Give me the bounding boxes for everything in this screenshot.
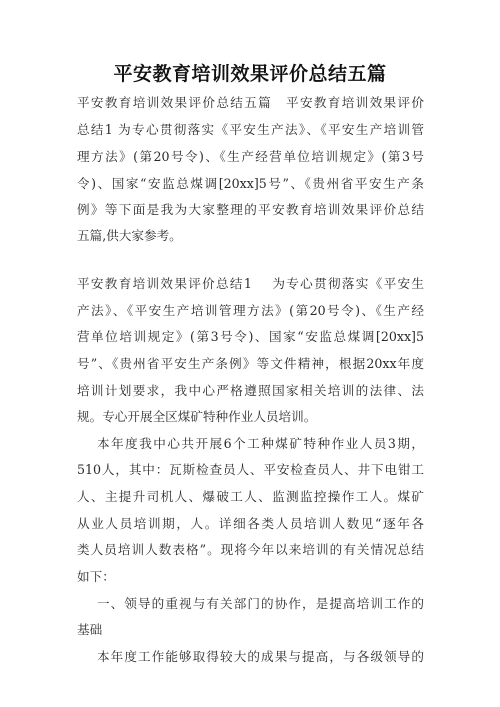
intro-line: 令)、国家“安监总煤调[20xx]5号”、《贵州省平安生产条: [77, 175, 424, 193]
paragraph-line: 人、主提升司机人、爆破工人、监测监控操作工人。煤矿: [77, 488, 424, 506]
intro-line: 平安教育培训效果评价总结五篇 平安教育培训效果评价: [77, 94, 424, 112]
heading-line: 基础: [77, 621, 424, 639]
section1-line: 规。专心开展全区煤矿特种作业人员培训。: [77, 408, 424, 426]
section1-line: 营单位培训规定》(第3号令)、国家“安监总煤调[20xx]5: [77, 328, 424, 346]
paragraph-line: 510人，其中：瓦斯检查员人、平安检查员人、井下电钳工: [77, 461, 424, 479]
section1-line: 号”、《贵州省平安生产条例》等文件精神，根据20xx年度: [77, 355, 424, 373]
document-title: 平安教育培训效果评价总结五篇: [0, 62, 500, 86]
paragraph-line: 本年度我中心共开展6个工种煤矿特种作业人员3期，: [97, 435, 424, 453]
paragraph-line: 类人员培训人数表格”。现将今年以来培训的有关情况总结: [77, 541, 424, 559]
intro-line: 理方法》(第20号令)、《生产经营单位培训规定》(第3号: [77, 148, 424, 166]
paragraph-line: 本年度工作能够取得较大的成果与提高，与各级领导的: [97, 648, 424, 666]
intro-line: 五篇,供大家参考。: [77, 227, 424, 245]
section1-line: 产法》、《平安生产培训管理方法》(第20号令)、《生产经: [77, 302, 424, 320]
intro-line: 总结1 为专心贯彻落实《平安生产法》、《平安生产培训管: [77, 121, 424, 139]
document-page: 平安教育培训效果评价总结五篇 平安教育培训效果评价总结五篇 平安教育培训效果评价…: [0, 0, 500, 707]
paragraph-line: 从业人员培训期，人。详细各类人员培训人数见“逐年各: [77, 515, 424, 533]
section1-line: 培训计划要求，我中心严格遵照国家相关培训的法律、法: [77, 382, 424, 400]
paragraph-line: 如下：: [77, 568, 424, 586]
intro-line: 例》等下面是我为大家整理的平安教育培训效果评价总结: [77, 201, 424, 219]
heading-line: 一、领导的重视与有关部门的协作，是提高培训工作的: [97, 595, 424, 613]
section1-line: 平安教育培训效果评价总结1 为专心贯彻落实《平安生: [77, 275, 424, 293]
